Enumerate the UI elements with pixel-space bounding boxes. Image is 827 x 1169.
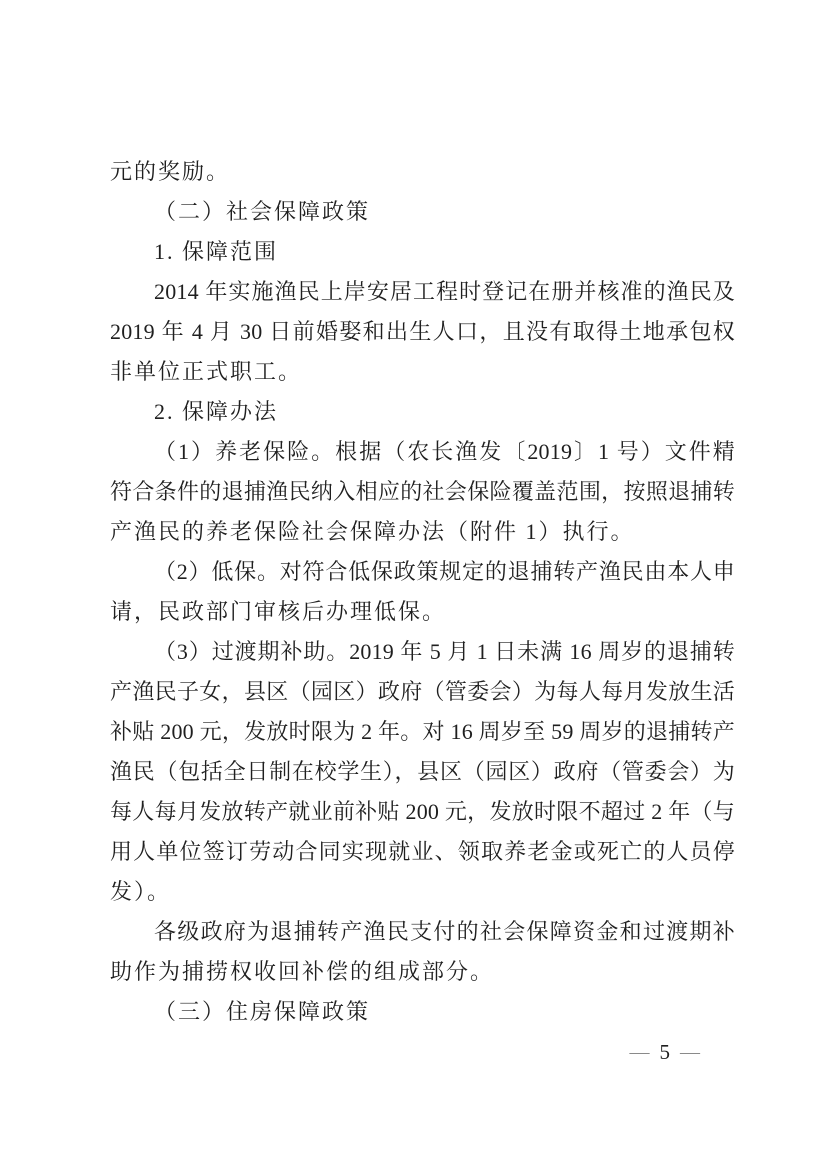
text-line: （1）养老保险。根据（农长渔发〔2019〕1 号）文件精神，: [110, 432, 735, 472]
text-line: 用人单位签订劳动合同实现就业、领取养老金或死亡的人员停: [110, 832, 735, 872]
text-line: 1. 保障范围: [110, 232, 735, 272]
text-line: 请，民政部门审核后办理低保。: [110, 592, 735, 632]
text-line: 产渔民子女，县区（园区）政府（管委会）为每人每月发放生活: [110, 672, 735, 712]
text-line: （三）住房保障政策: [110, 992, 735, 1032]
page-number: — 5 —: [630, 1032, 701, 1072]
text-line: 符合条件的退捕渔民纳入相应的社会保险覆盖范围，按照退捕转: [110, 472, 735, 512]
text-line: 每人每月发放转产就业前补贴 200 元，发放时限不超过 2 年（与: [110, 792, 735, 832]
text-line: 非单位正式职工。: [110, 352, 735, 392]
text-line: 元的奖励。: [110, 152, 735, 192]
text-line: 各级政府为退捕转产渔民支付的社会保障资金和过渡期补: [110, 912, 735, 952]
page-number-value: 5: [660, 1032, 671, 1072]
text-line: 补贴 200 元，发放时限为 2 年。对 16 周岁至 59 周岁的退捕转产: [110, 712, 735, 752]
text-line: （2）低保。对符合低保政策规定的退捕转产渔民由本人申: [110, 552, 735, 592]
text-line: 产渔民的养老保险社会保障办法（附件 1）执行。: [110, 512, 735, 552]
text-line: 2014 年实施渔民上岸安居工程时登记在册并核准的渔民及: [110, 272, 735, 312]
text-line: 发）。: [110, 872, 735, 912]
page-number-dash-right: —: [680, 1032, 700, 1072]
text-line: 2. 保障办法: [110, 392, 735, 432]
document-body: 元的奖励。（二）社会保障政策1. 保障范围2014 年实施渔民上岸安居工程时登记…: [110, 152, 735, 1032]
document-page: 元的奖励。（二）社会保障政策1. 保障范围2014 年实施渔民上岸安居工程时登记…: [0, 0, 827, 1169]
page-number-dash-left: —: [630, 1032, 650, 1072]
text-line: 助作为捕捞权收回补偿的组成部分。: [110, 952, 735, 992]
text-line: （3）过渡期补助。2019 年 5 月 1 日未满 16 周岁的退捕转: [110, 632, 735, 672]
text-line: 2019 年 4 月 30 日前婚娶和出生人口，且没有取得土地承包权证、: [110, 312, 735, 352]
text-line: （二）社会保障政策: [110, 192, 735, 232]
text-line: 渔民（包括全日制在校学生），县区（园区）政府（管委会）为: [110, 752, 735, 792]
